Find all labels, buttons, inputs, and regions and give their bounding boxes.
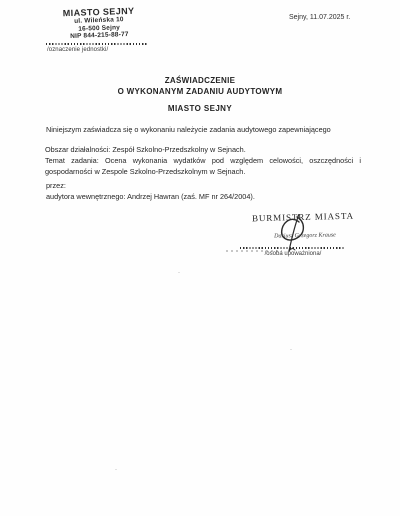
task-subject-line: Temat zadania: Ocena wykonania wydatków … (45, 156, 361, 177)
performed-by-label: przez: (46, 181, 246, 192)
letterhead-stamp: MIASTO SEJNY ul. Wileńska 10 16-500 Sejn… (39, 5, 158, 42)
unit-designation-label: /oznaczenie jednostki/ (47, 47, 108, 53)
subject-entity: MIASTO SEJNY (0, 104, 400, 113)
document-title: ZAŚWIADCZENIE O WYKONANYM ZADANIU AUDYTO… (0, 75, 400, 97)
scan-speck (290, 349, 292, 350)
activity-area-line: Obszar działalności: Zespół Szkolno-Prze… (45, 145, 361, 156)
scan-speck (178, 272, 180, 273)
auditor-line: audytora wewnętrznego: Andrzej Hawran (z… (46, 192, 326, 203)
certificate-document: MIASTO SEJNY ul. Wileńska 10 16-500 Sejn… (0, 0, 400, 516)
document-title-line2: O WYKONANYM ZADANIU AUDYTOWYM (0, 86, 400, 97)
signature-dotted-line (240, 247, 344, 249)
signer-printed-name: Dariusz Grzegorz Krause (250, 232, 360, 240)
certification-statement: Niniejszym zaświadcza się o wykonaniu na… (46, 125, 356, 136)
document-title-line1: ZAŚWIADCZENIE (0, 75, 400, 86)
scan-speck (115, 469, 117, 470)
place-and-date: Sejny, 11.07.2025 r. (289, 14, 350, 21)
authorized-person-label: /osoba upoważniona/ (248, 251, 338, 257)
unit-designation-dotted-line (46, 43, 148, 45)
